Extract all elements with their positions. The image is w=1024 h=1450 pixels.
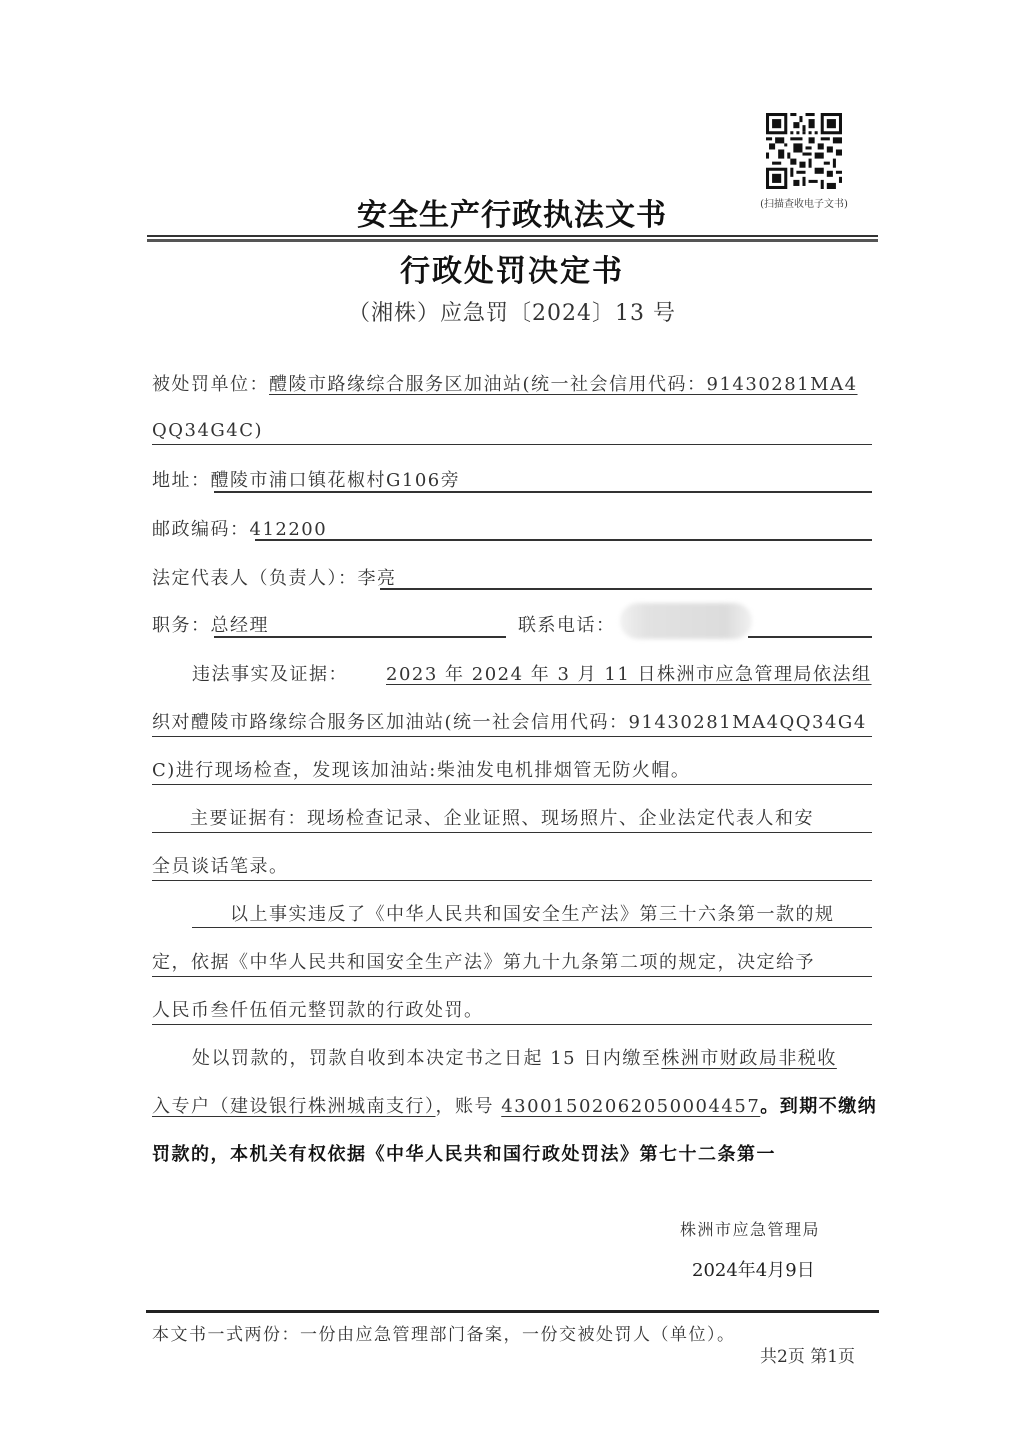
facts-label: 违法事实及证据：: [192, 664, 348, 685]
address-label: 地址：: [152, 470, 211, 491]
payment-warning-1: 。到期不缴纳: [760, 1096, 877, 1117]
legal-rep-underline: [380, 588, 872, 590]
payment-account-label: ，账号: [436, 1096, 502, 1117]
evidence-row-1: 主要证据有：现场检查记录、企业证照、现场照片、企业法定代表人和安: [152, 806, 872, 833]
payment-payee: 株洲市财政局非税收: [661, 1048, 837, 1069]
payment-row-2: 入专户（建设银行株洲城南支行），账号 43001502062050004457。…: [152, 1094, 872, 1120]
issuing-authority: 株洲市应急管理局: [680, 1217, 820, 1240]
footer-note: 本文书一式两份：一份由应急管理部门备案，一份交被处罚人（单位）。: [152, 1320, 736, 1345]
evidence-row-2: 全员谈话笔录。: [152, 854, 872, 881]
legal-rep-label: 法定代表人（负责人）：: [152, 568, 358, 589]
phone-underline: [748, 636, 872, 638]
decision-row-1: 以上事实违反了《中华人民共和国安全生产法》第三十六条第一款的规: [192, 902, 872, 928]
phone-value-redacted: [620, 603, 752, 639]
decision-row-3: 人民币叁仟伍佰元整罚款的行政处罚。: [152, 998, 872, 1025]
payment-bank: 入专户（建设银行株洲城南支行）: [152, 1096, 436, 1117]
qr-code[interactable]: [766, 113, 842, 189]
position-label: 职务：: [152, 615, 211, 636]
facts-text-1: 2023 年 2024 年 3 月 11 日株洲市应急管理局依法组: [348, 664, 872, 685]
payment-row-1: 处以罚款的，罚款自收到本决定书之日起 15 日内缴至株洲市财政局非税收: [192, 1046, 872, 1072]
document-series-title: 安全生产行政执法文书: [0, 190, 1024, 234]
penalized-unit-label: 被处罚单位：: [152, 374, 269, 395]
penalized-unit-row: 被处罚单位：醴陵市路缘综合服务区加油站(统一社会信用代码：91430281MA4: [152, 372, 872, 398]
header-rule-thick: [147, 239, 878, 242]
penalized-unit-row-2: QQ34G4C): [152, 418, 872, 445]
payment-text-1: 处以罚款的，罚款自收到本决定书之日起 15 日内缴至: [192, 1048, 661, 1069]
decision-row-2: 定，依据《中华人民共和国安全生产法》第九十九条第二项的规定，决定给予: [152, 950, 872, 977]
facts-row-2: 织对醴陵市路缘综合服务区加油站(统一社会信用代码：91430281MA4QQ34…: [152, 710, 872, 737]
facts-row-1: 违法事实及证据：2023 年 2024 年 3 月 11 日株洲市应急管理局依法…: [192, 662, 872, 688]
issue-date: 2024年4月9日: [692, 1256, 815, 1282]
penalized-unit-value: 醴陵市路缘综合服务区加油站(统一社会信用代码：91430281MA4: [269, 374, 858, 395]
postcode-value: 412200: [250, 519, 328, 540]
header-rule-thin: [147, 235, 878, 237]
payment-warning-2: 罚款的，本机关有权依据《中华人民共和国行政处罚法》第七十二条第一: [152, 1142, 872, 1168]
payment-account-number: 43001502062050004457: [501, 1096, 760, 1117]
page-title: 行政处罚决定书: [0, 246, 1024, 290]
qr-code-icon: [766, 113, 842, 189]
footer-rule: [146, 1310, 879, 1313]
postcode-underline: [255, 539, 872, 541]
document-number: （湘株）应急罚〔2024〕13 号: [0, 296, 1024, 327]
address-value: 醴陵市浦口镇花椒村G106旁: [211, 470, 461, 491]
position-underline: [214, 636, 506, 638]
facts-row-3: C)进行现场检查，发现该加油站:柴油发电机排烟管无防火帽。: [152, 758, 872, 785]
legal-rep-value: 李亮: [358, 568, 397, 589]
address-underline: [214, 491, 872, 493]
page-info: 共2页 第1页: [760, 1342, 855, 1367]
position-value: 总经理: [211, 615, 270, 636]
postcode-label: 邮政编码：: [152, 519, 250, 540]
penalized-unit-value-cont: QQ34G4C): [152, 420, 263, 441]
